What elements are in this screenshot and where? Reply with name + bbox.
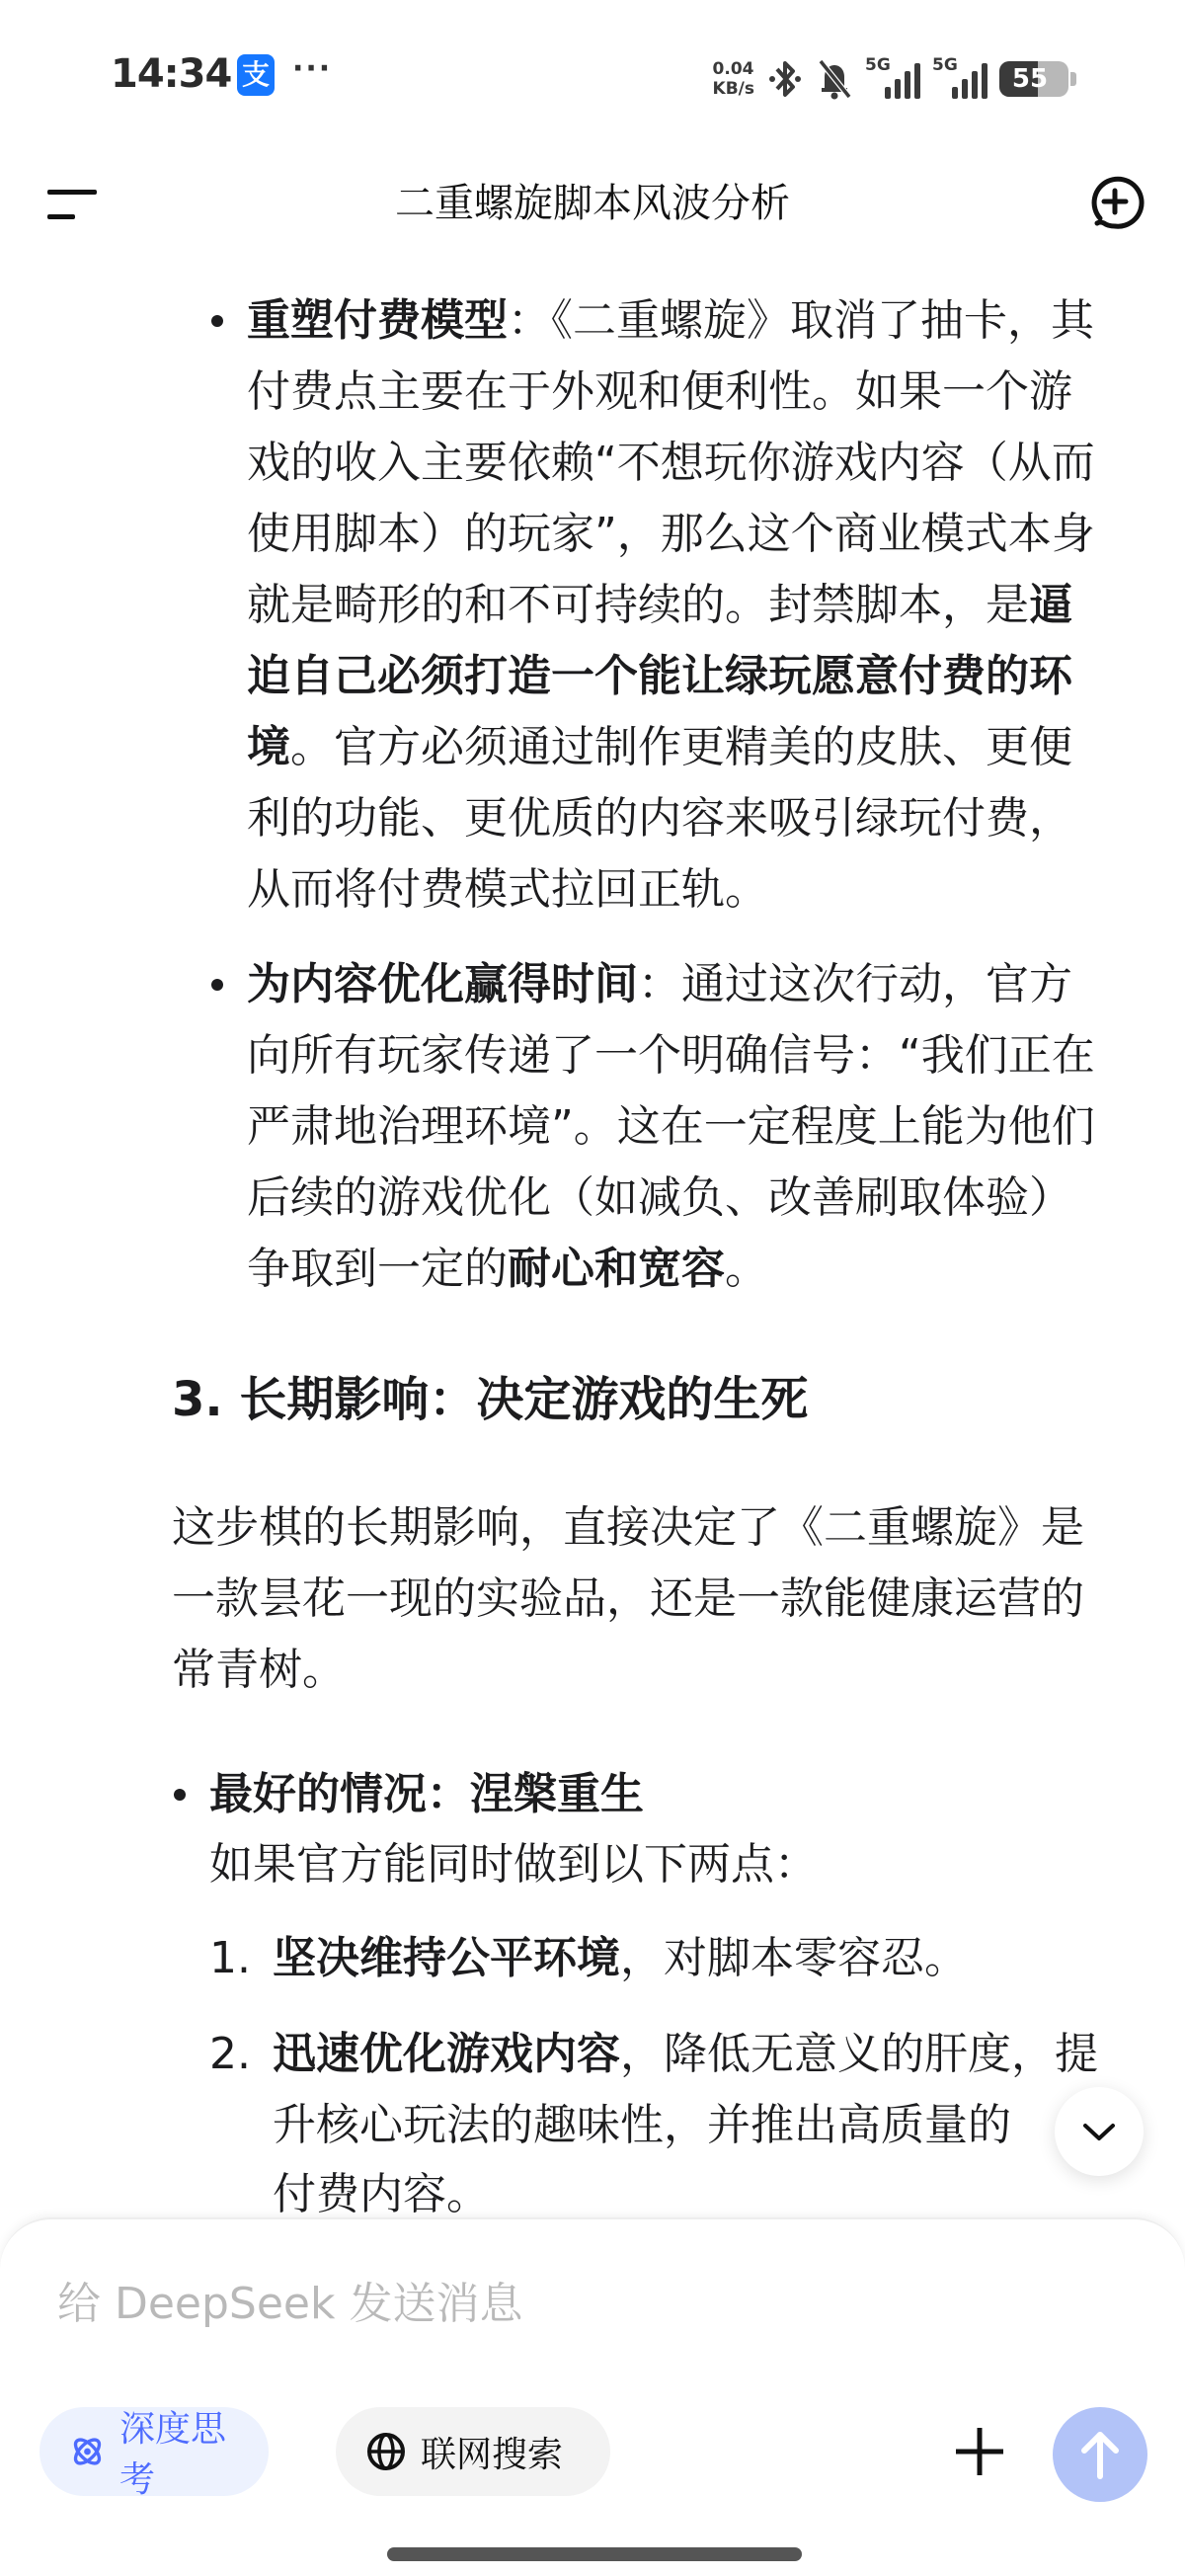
status-indicators: 0.04 KB/s 5G 5G 55 bbox=[713, 49, 1076, 109]
list-number: 1. bbox=[209, 1923, 251, 1994]
list-item-line: 使用脚本）的玩家”，那么这个商业模式本身 bbox=[247, 499, 1095, 570]
bold-text: 境 bbox=[247, 722, 290, 772]
numbered-item-line: 付费内容。 bbox=[273, 2159, 490, 2222]
bullet-dot bbox=[211, 315, 223, 327]
list-item-line: 利的功能、更优质的内容来吸引绿玩付费， bbox=[247, 783, 1072, 854]
section-heading: 3. 长期影响：决定游戏的生死 bbox=[172, 1364, 808, 1435]
text: 就是畸形的和不可持续的。封禁脚本，是 bbox=[247, 580, 1029, 630]
bold-label: 为内容优化赢得时间 bbox=[247, 959, 638, 1009]
bold-text: 坚决维持公平环境 bbox=[273, 1933, 620, 1983]
menu-icon bbox=[47, 190, 97, 195]
send-button[interactable] bbox=[1053, 2407, 1147, 2502]
list-item-line: 就是畸形的和不可持续的。封禁脚本，是逼 bbox=[247, 570, 1072, 641]
bluetooth-icon bbox=[766, 57, 804, 101]
list-item-line: 重塑付费模型：《二重螺旋》取消了抽卡，其 bbox=[247, 285, 1094, 357]
status-bar: 14:34 支 ··· 0.04 KB/s 5G 5G 55 bbox=[0, 0, 1185, 148]
bold-text: 耐心和宽容 bbox=[508, 1244, 725, 1294]
bold-label: 重塑付费模型 bbox=[247, 295, 508, 346]
paragraph-line: 常青树。 bbox=[172, 1635, 346, 1706]
mute-bell-icon bbox=[816, 57, 853, 101]
text: 争取到一定的 bbox=[247, 1244, 508, 1294]
chevron-down-icon bbox=[1079, 2118, 1119, 2145]
text: 。官方必须通过制作更精美的皮肤、更便 bbox=[290, 722, 1072, 772]
scroll-to-bottom-button[interactable] bbox=[1055, 2087, 1144, 2176]
menu-icon-line bbox=[47, 214, 75, 219]
text: ，对脚本零容忍。 bbox=[620, 1933, 968, 1983]
list-item-line: 为内容优化赢得时间：通过这次行动，官方 bbox=[247, 949, 1072, 1020]
new-chat-button[interactable] bbox=[1084, 172, 1145, 233]
battery-level: 55 bbox=[999, 61, 1061, 97]
list-item-line: 严肃地治理环境”。这在一定程度上能为他们 bbox=[247, 1091, 1095, 1163]
sidebar-menu-button[interactable] bbox=[43, 178, 99, 227]
chat-title: 二重螺旋脚本风波分析 bbox=[197, 176, 987, 231]
message-composer: 深度思考 联网搜索 bbox=[0, 2217, 1185, 2576]
text: ，降低无意义的肝度，提 bbox=[620, 2029, 1098, 2079]
arrow-up-icon bbox=[1076, 2427, 1124, 2482]
chat-message-content: 重塑付费模型：《二重螺旋》取消了抽卡，其 付费点主要在于外观和便利性。如果一个游… bbox=[0, 257, 1185, 2222]
bold-label: 最好的情况：涅槃重生 bbox=[209, 1769, 644, 1819]
bold-text: 逼 bbox=[1029, 580, 1072, 630]
list-item-line: 戏的收入主要依赖“不想玩你游戏内容（从而 bbox=[247, 428, 1095, 499]
text: ：通过这次行动，官方 bbox=[638, 959, 1072, 1009]
message-input[interactable] bbox=[57, 2269, 1045, 2338]
list-item-line: 向所有玩家传递了一个明确信号：“我们正在 bbox=[247, 1020, 1095, 1091]
atom-icon bbox=[69, 2430, 106, 2473]
plus-icon bbox=[950, 2422, 1009, 2481]
network-speed-value: 0.04 bbox=[713, 59, 754, 79]
globe-icon bbox=[365, 2431, 407, 2472]
battery-icon: 55 bbox=[999, 61, 1068, 97]
chat-header: 二重螺旋脚本风波分析 bbox=[0, 148, 1185, 257]
paragraph-line: 这步棋的长期影响，直接决定了《二重螺旋》是 bbox=[172, 1492, 1084, 1564]
sim2-signal-icon: 5G bbox=[932, 55, 987, 103]
deep-think-toggle[interactable]: 深度思考 bbox=[39, 2407, 269, 2496]
new-chat-icon bbox=[1084, 172, 1145, 233]
bullet-dot bbox=[211, 979, 223, 991]
list-item-line: 付费点主要在于外观和便利性。如果一个游 bbox=[247, 357, 1072, 428]
paragraph-line: 一款昙花一现的实验品，还是一款能健康运营的 bbox=[172, 1564, 1084, 1635]
numbered-item-line: 升核心玩法的趣味性，并推出高质量的 bbox=[273, 2090, 1011, 2161]
list-item-line: 争取到一定的耐心和宽容。 bbox=[247, 1234, 768, 1305]
web-search-label: 联网搜索 bbox=[421, 2427, 563, 2477]
attach-button[interactable] bbox=[950, 2422, 1009, 2481]
text: ：《二重螺旋》取消了抽卡，其 bbox=[508, 295, 1094, 346]
list-item-line: 如果官方能同时做到以下两点： bbox=[209, 1829, 818, 1900]
more-notifications-icon: ··· bbox=[292, 51, 332, 86]
numbered-item-line: 迅速优化游戏内容，降低无意义的肝度，提 bbox=[273, 2019, 1098, 2090]
network-speed: 0.04 KB/s bbox=[713, 59, 754, 99]
web-search-toggle[interactable]: 联网搜索 bbox=[336, 2407, 610, 2496]
bullet-dot bbox=[174, 1789, 186, 1801]
network-speed-unit: KB/s bbox=[713, 79, 754, 99]
battery-tip bbox=[1070, 72, 1076, 86]
home-indicator[interactable] bbox=[387, 2547, 802, 2561]
list-item-line: 从而将付费模式拉回正轨。 bbox=[247, 854, 768, 926]
deep-think-label: 深度思考 bbox=[119, 2401, 239, 2502]
list-item-line: 迫自己必须打造一个能让绿玩愿意付费的环 bbox=[247, 641, 1072, 712]
list-number: 2. bbox=[209, 2019, 251, 2090]
list-item-line: 最好的情况：涅槃重生 bbox=[209, 1759, 644, 1830]
list-item-line: 境。官方必须通过制作更精美的皮肤、更便 bbox=[247, 712, 1072, 783]
bold-text: 迅速优化游戏内容 bbox=[273, 2029, 620, 2079]
bold-text: 迫自己必须打造一个能让绿玩愿意付费的环 bbox=[247, 651, 1072, 701]
clock: 14:34 bbox=[111, 51, 231, 97]
text: 。 bbox=[725, 1244, 768, 1294]
numbered-item-line: 坚决维持公平环境，对脚本零容忍。 bbox=[273, 1923, 968, 1994]
list-item-line: 后续的游戏优化（如减负、改善刷取体验） bbox=[247, 1163, 1072, 1234]
sim1-signal-icon: 5G bbox=[865, 55, 920, 103]
alipay-notification-icon: 支 bbox=[237, 54, 275, 96]
